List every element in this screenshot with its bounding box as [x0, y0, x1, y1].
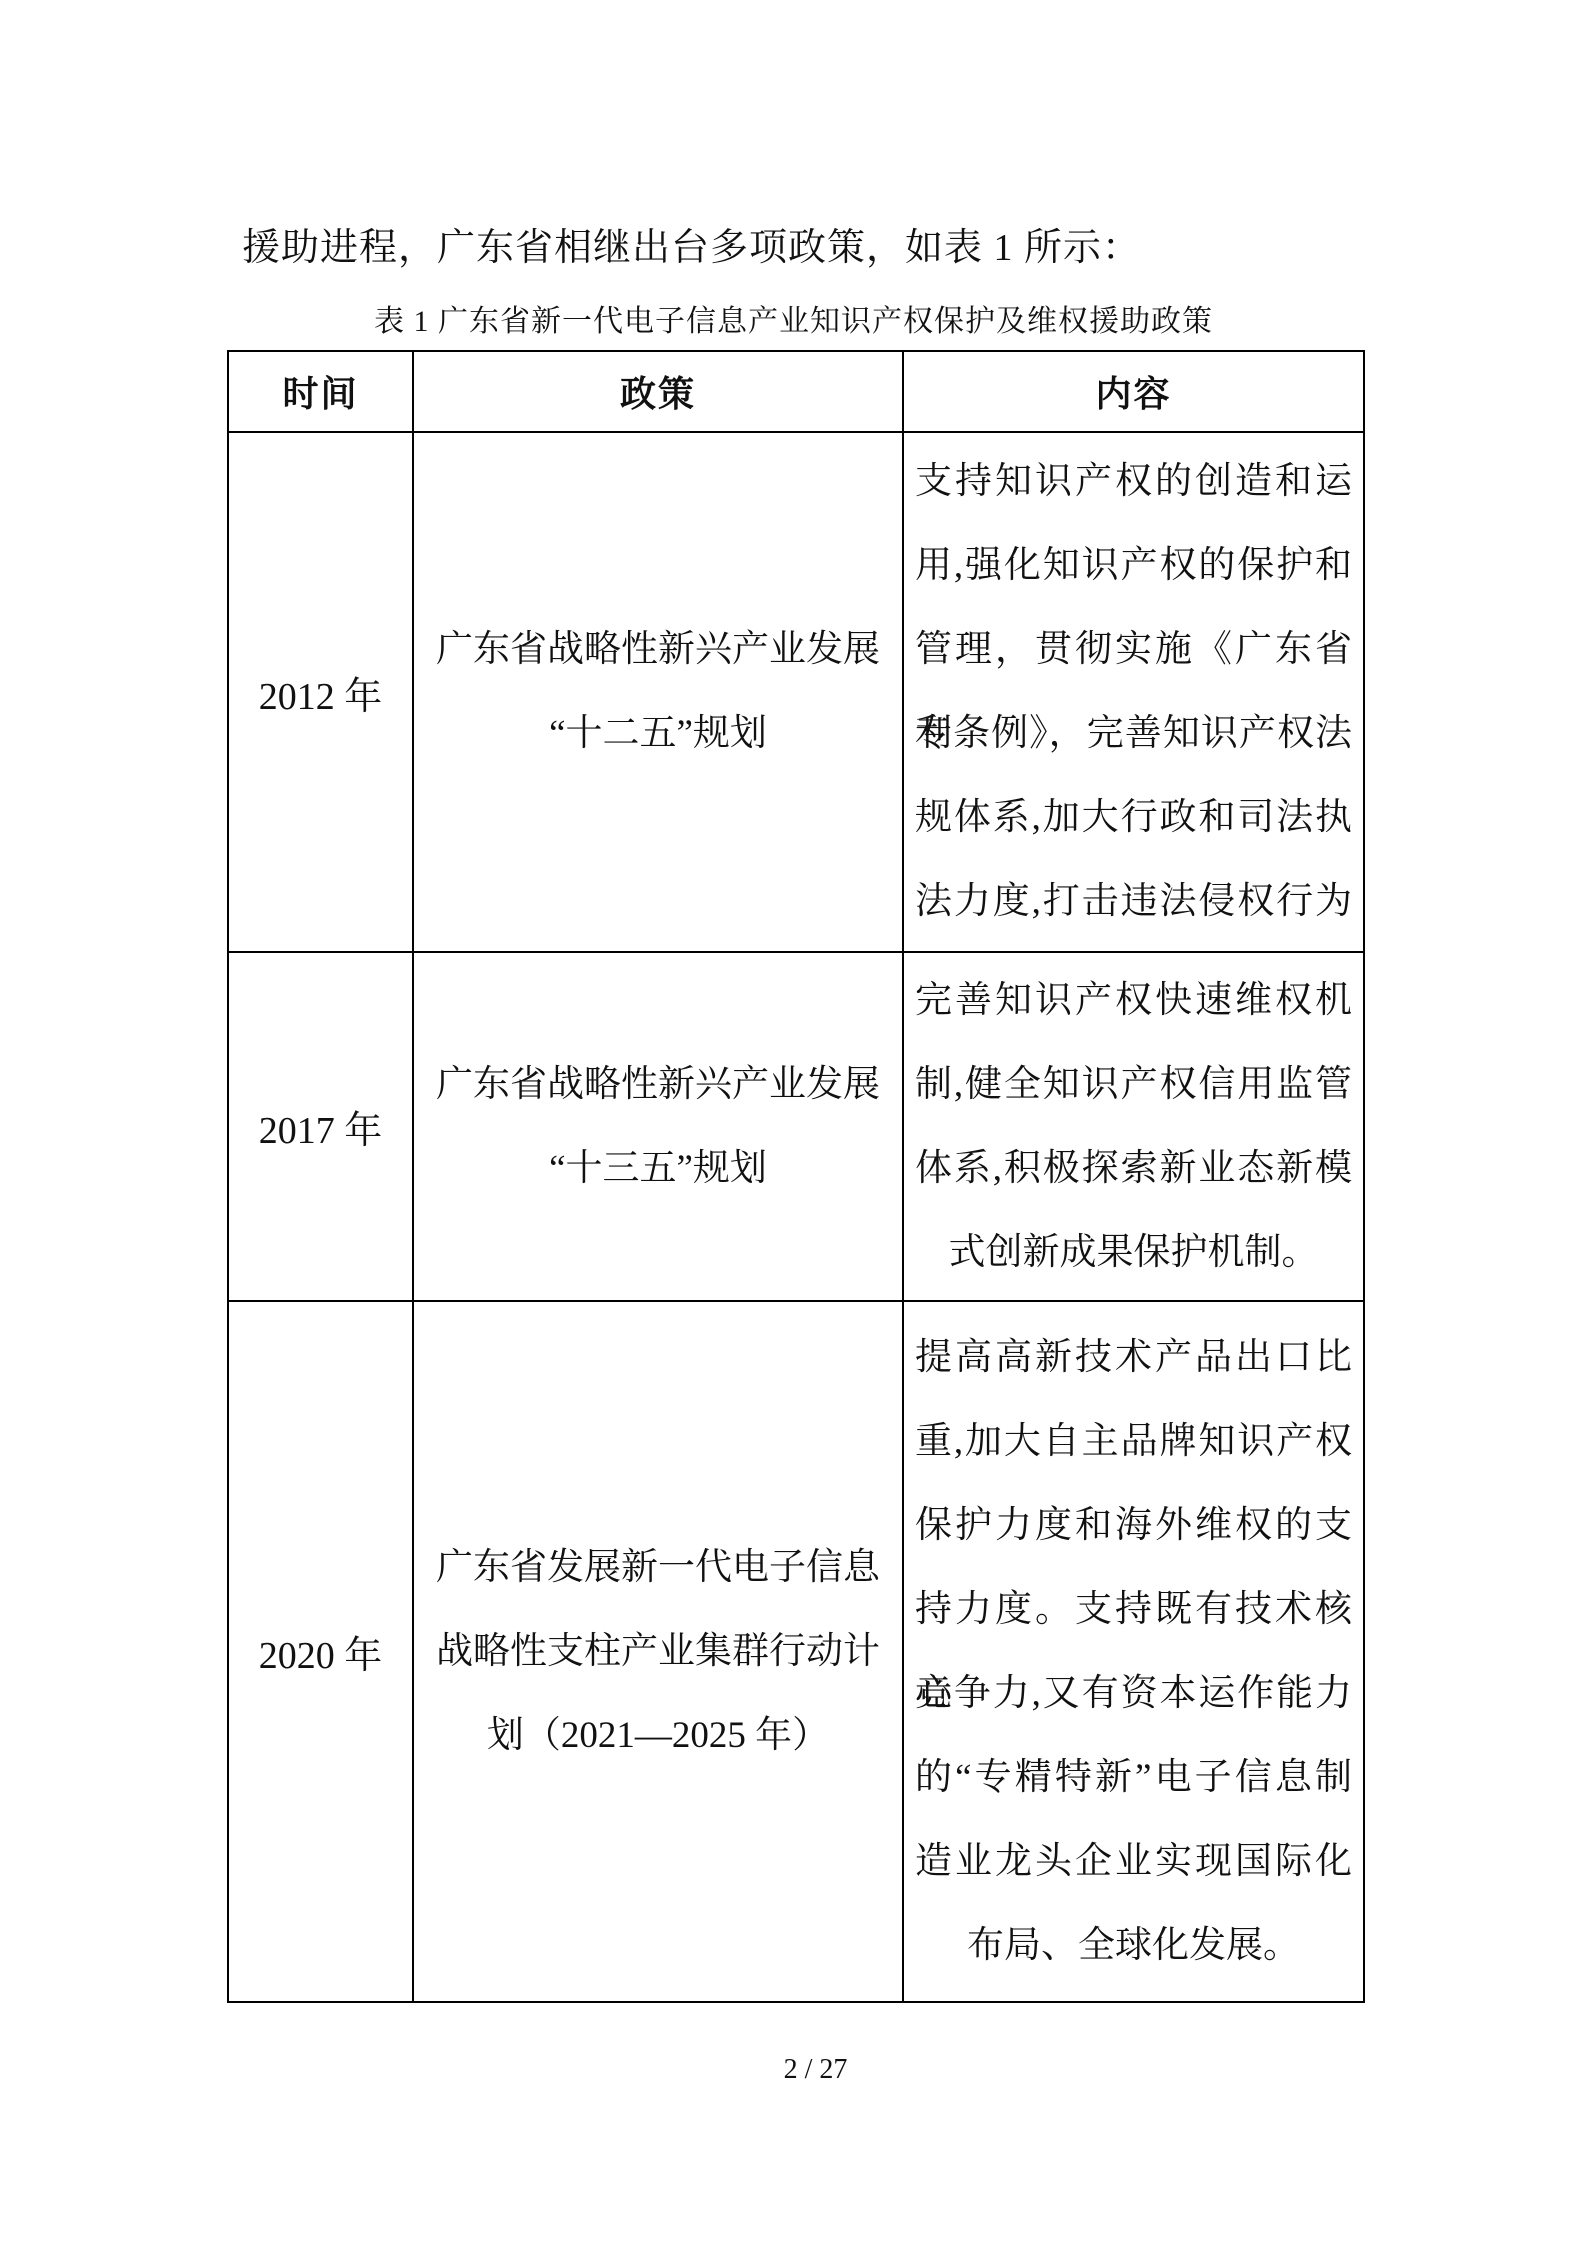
policy-cell: 广东省战略性新兴产业发展 “十三五”规划	[413, 952, 903, 1301]
content-cell: 完善知识产权快速维权机 制,健全知识产权信用监管 体系,积极探索新业态新模 式创…	[903, 952, 1364, 1301]
content-line: 支持知识产权的创造和运	[915, 440, 1352, 524]
content-line: 完善知识产权快速维权机	[915, 959, 1352, 1043]
content-line: 规体系,加大行政和司法执	[915, 776, 1352, 860]
content-line: 用,强化知识产权的保护和	[915, 524, 1352, 608]
policy-table: 时间 政策 内容 2012 年 广东省战略性新兴产业发展 “十二五”规划 支持知…	[227, 350, 1365, 2003]
page-number: 2 / 27	[0, 2054, 1587, 2086]
col-header-policy: 政策	[413, 351, 903, 432]
table-row-2017: 2017 年 广东省战略性新兴产业发展 “十三五”规划 完善知识产权快速维权机 …	[228, 952, 1364, 1301]
policy-line: 广东省发展新一代电子信息	[436, 1526, 880, 1610]
content-line: 持力度。支持既有技术核心	[915, 1568, 1352, 1652]
table-header-row: 时间 政策 内容	[228, 351, 1364, 432]
policy-line: “十二五”规划	[436, 692, 880, 776]
year-cell: 2020 年	[228, 1301, 413, 2002]
table-row-2020: 2020 年 广东省发展新一代电子信息 战略性支柱产业集群行动计 划（2021—…	[228, 1301, 1364, 2002]
content-line: 布局、全球化发展。	[915, 1904, 1352, 1988]
col-header-time: 时间	[228, 351, 413, 432]
table-row-2012: 2012 年 广东省战略性新兴产业发展 “十二五”规划 支持知识产权的创造和运 …	[228, 432, 1364, 952]
document-page: 援助进程，广东省相继出台多项政策，如表 1 所示： 表 1 广东省新一代电子信息…	[0, 0, 1587, 2245]
content-line: 管理，贯彻实施《广东省专	[915, 608, 1352, 692]
content-line: 式创新成果保护机制。	[915, 1211, 1352, 1295]
policy-cell: 广东省发展新一代电子信息 战略性支柱产业集群行动计 划（2021—2025 年）	[413, 1301, 903, 2002]
content-line: 的“专精特新”电子信息制	[915, 1736, 1352, 1820]
policy-line: 广东省战略性新兴产业发展	[436, 608, 880, 692]
policy-line: “十三五”规划	[436, 1127, 880, 1211]
col-header-content: 内容	[903, 351, 1364, 432]
policy-line: 战略性支柱产业集群行动计	[436, 1610, 880, 1694]
content-cell: 支持知识产权的创造和运 用,强化知识产权的保护和 管理，贯彻实施《广东省专 利条…	[903, 432, 1364, 952]
content-line: 利条例》，完善知识产权法	[915, 692, 1352, 776]
content-line: 提高高新技术产品出口比	[915, 1316, 1352, 1400]
content-cell: 提高高新技术产品出口比 重,加大自主品牌知识产权 保护力度和海外维权的支 持力度…	[903, 1301, 1364, 2002]
content-line: 竞争力,又有资本运作能力	[915, 1652, 1352, 1736]
policy-line: 广东省战略性新兴产业发展	[436, 1043, 880, 1127]
policy-cell: 广东省战略性新兴产业发展 “十二五”规划	[413, 432, 903, 952]
intro-paragraph: 援助进程，广东省相继出台多项政策，如表 1 所示：	[242, 216, 1141, 271]
content-line: 保护力度和海外维权的支	[915, 1484, 1352, 1568]
content-line: 法力度,打击违法侵权行为	[915, 860, 1352, 944]
content-line: 重,加大自主品牌知识产权	[915, 1400, 1352, 1484]
policy-line: 划（2021—2025 年）	[436, 1694, 880, 1778]
year-cell: 2012 年	[228, 432, 413, 952]
content-line: 体系,积极探索新业态新模	[915, 1127, 1352, 1211]
content-line: 造业龙头企业实现国际化	[915, 1820, 1352, 1904]
year-cell: 2017 年	[228, 952, 413, 1301]
table-caption: 表 1 广东省新一代电子信息产业知识产权保护及维权援助政策	[0, 296, 1587, 340]
content-line: 制,健全知识产权信用监管	[915, 1043, 1352, 1127]
